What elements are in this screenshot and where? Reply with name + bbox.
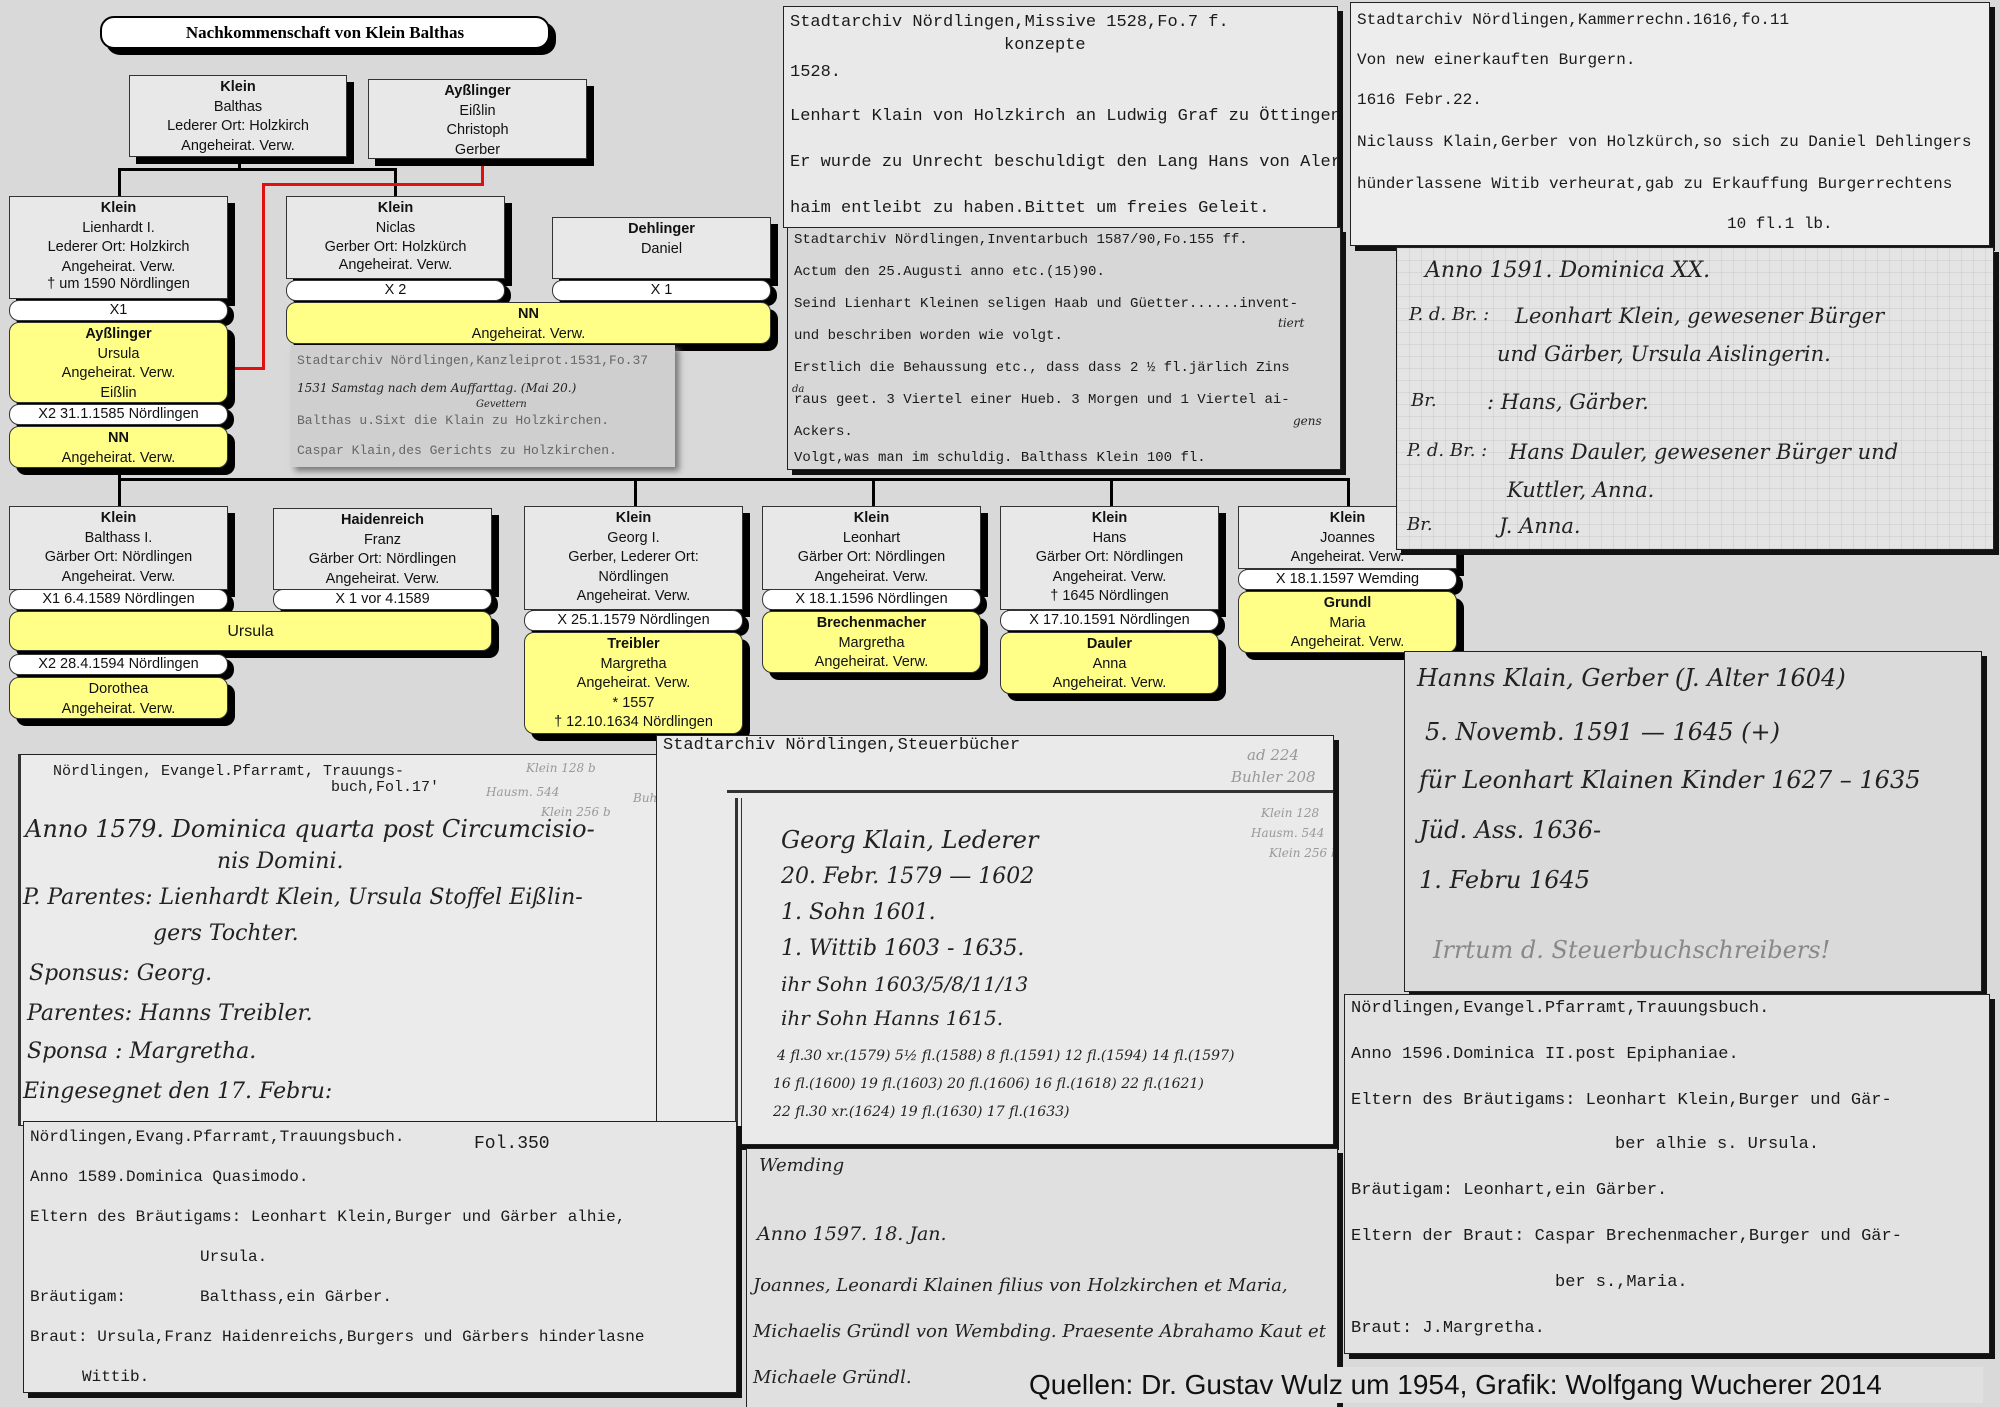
document-missive-1528[interactable]: Stadtarchiv Nördlingen,Missive 1528,Fo.7… (783, 6, 1338, 228)
spouse-treibler-margretha[interactable]: Treibler Margretha Angeheirat. Verw. * 1… (524, 632, 743, 734)
person-klein-hans[interactable]: Klein Hans Gärber Ort: Nördlingen Angehe… (1000, 506, 1219, 610)
connector (872, 478, 875, 506)
relation-line (232, 367, 265, 370)
connector (1347, 478, 1350, 506)
marriage-label: X 1 (552, 280, 771, 301)
document-kanzleiprot-1531[interactable]: Stadtarchiv Nördlingen,Kanzleiprot.1531,… (291, 345, 675, 467)
marriage-label: X 18.1.1596 Nördlingen (762, 589, 981, 610)
spouse-brechenmacher-margretha[interactable]: Brechenmacher Margretha Angeheirat. Verw… (762, 611, 981, 673)
person-dehlinger-daniel[interactable]: Dehlinger Daniel (552, 217, 771, 279)
marriage-label: X1 6.4.1589 Nördlingen (9, 589, 228, 610)
spouse-nn-shared[interactable]: NN Angeheirat. Verw. (286, 302, 771, 344)
document-trauungsbuch-1589[interactable]: Nördlingen,Evang.Pfarramt,Trauungsbuch. … (23, 1121, 737, 1393)
connector (118, 478, 1350, 481)
chart-title: Nachkommenschaft von Klein Balthas (100, 16, 550, 49)
marriage-label: X2 28.4.1594 Nördlingen (9, 654, 228, 675)
connector (634, 478, 637, 506)
person-klein-niclas[interactable]: Klein Niclas Gerber Ort: Holzkürch Angeh… (286, 196, 505, 279)
marriage-label: X 25.1.1579 Nördlingen (524, 610, 743, 631)
spouse-nn[interactable]: NN Angeheirat. Verw. (9, 426, 228, 468)
connector (118, 168, 396, 171)
marriage-label: X1 (9, 300, 228, 321)
marriage-label: X 17.10.1591 Nördlingen (1000, 610, 1219, 631)
source-credit: Quellen: Dr. Gustav Wulz um 1954, Grafik… (1023, 1367, 1983, 1403)
document-steuerbuecher[interactable]: Stadtarchiv Nördlingen,Steuerbücher ad 2… (656, 735, 1334, 1145)
person-klein-leonhart[interactable]: Klein Leonhart Gärber Ort: Nördlingen An… (762, 506, 981, 590)
document-trauungsbuch-fol17[interactable]: Nördlingen, Evangel.Pfarramt, Trauungs- … (18, 754, 741, 1126)
marriage-label: X2 31.1.1585 Nördlingen (9, 404, 228, 425)
connector (1110, 478, 1113, 506)
connector (118, 168, 121, 198)
person-aysslinger-eisslin[interactable]: Ayßlinger Eißlin Christoph Gerber (368, 79, 587, 159)
person-klein-balthass[interactable]: Klein Balthass I. Gärber Ort: Nördlingen… (9, 506, 228, 590)
spouse-dorothea[interactable]: Dorothea Angeheirat. Verw. (9, 677, 228, 719)
document-trauungsbuch-1596[interactable]: Nördlingen,Evangel.Pfarramt,Trauungsbuch… (1344, 994, 1990, 1354)
person-haidenreich-franz[interactable]: Haidenreich Franz Gärber Ort: Nördlingen… (273, 508, 492, 590)
person-klein-georg[interactable]: Klein Georg I. Gerber, Lederer Ort: Nörd… (524, 506, 743, 610)
marriage-label: X 1 vor 4.1589 (273, 589, 492, 610)
connector (118, 470, 121, 506)
spouse-grundl-maria[interactable]: Grundl Maria Angeheirat. Verw. (1238, 591, 1457, 653)
document-kammerrechnung-1616[interactable]: Stadtarchiv Nördlingen,Kammerrechn.1616,… (1350, 2, 1990, 246)
document-anno-1591[interactable]: Anno 1591. Dominica XX. P. d. Br. : Leon… (1396, 247, 1994, 550)
marriage-label: X 18.1.1597 Wemding (1238, 569, 1457, 590)
spouse-aysslinger-ursula[interactable]: Ayßlinger Ursula Angeheirat. Verw. Eißli… (9, 322, 228, 403)
marriage-label: X 2 (286, 280, 505, 301)
spouse-dauler-anna[interactable]: Dauler Anna Angeheirat. Verw. (1000, 632, 1219, 694)
person-klein-lienhardt[interactable]: Klein Lienhardt I. Lederer Ort: Holzkirc… (9, 196, 228, 299)
document-inventarbuch-1587[interactable]: Stadtarchiv Nördlingen,Inventarbuch 1587… (787, 227, 1341, 470)
person-klein-balthas[interactable]: Klein Balthas Lederer Ort: Holzkirch Ang… (129, 75, 347, 157)
relation-line (262, 183, 484, 186)
document-hanns-klain[interactable]: Hanns Klain, Gerber (J. Alter 1604) 5. N… (1404, 651, 1982, 992)
spouse-ursula-shared[interactable]: Ursula (9, 611, 492, 651)
relation-line (262, 183, 265, 369)
